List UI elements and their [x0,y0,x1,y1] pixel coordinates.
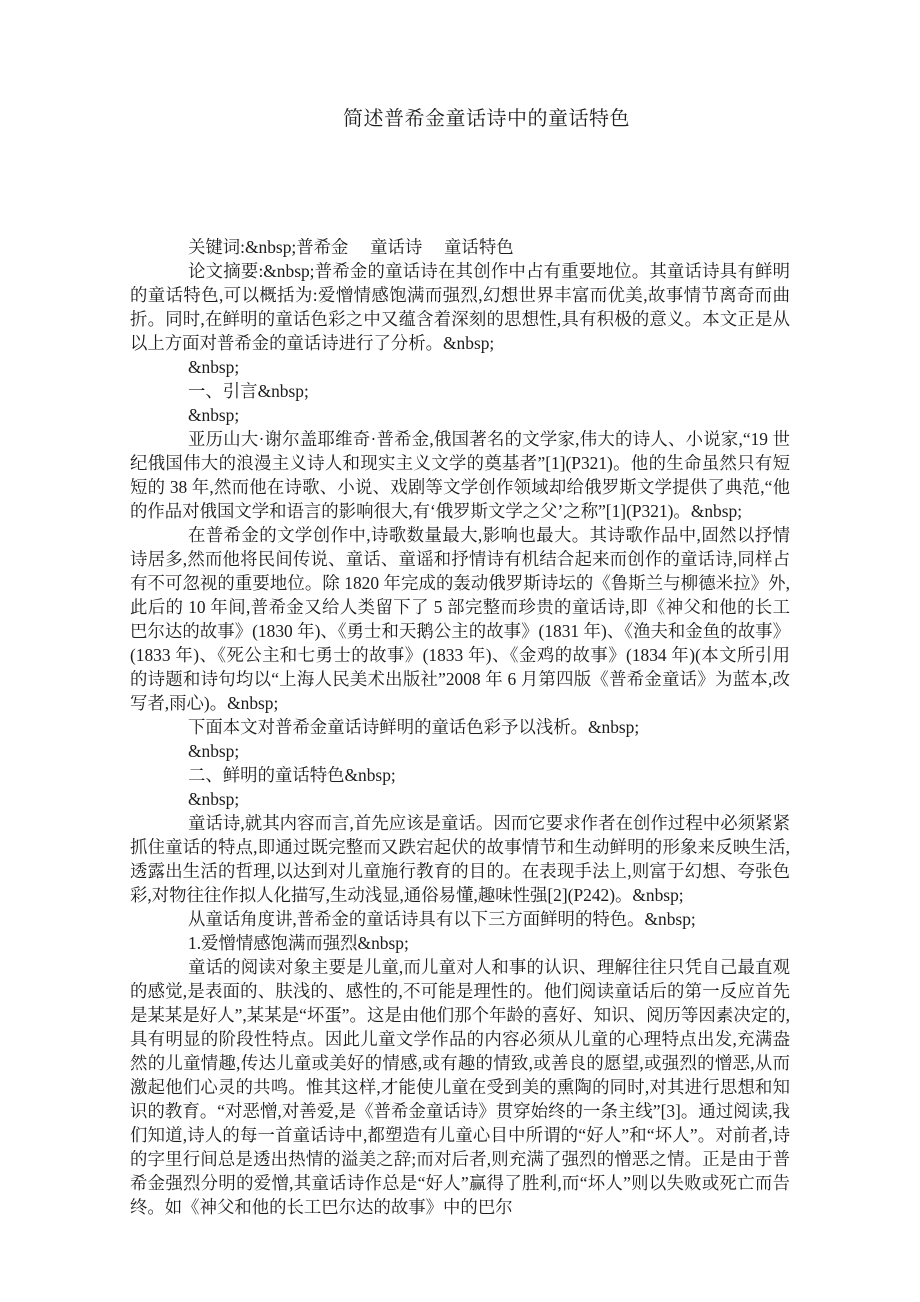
document-title: 简述普希金童话诗中的童话特色 [0,0,920,134]
paragraph-blank: &nbsp; [130,739,790,763]
paragraph-keywords: 关键词:&nbsp;普希金 童话诗 童话特色 [130,235,790,259]
document-body: 关键词:&nbsp;普希金 童话诗 童话特色论文摘要:&nbsp;普希金的童话诗… [130,235,790,1219]
paragraph-blank: &nbsp; [130,787,790,811]
paragraph-body: 在普希金的文学创作中,诗歌数量最大,影响也最大。其诗歌作品中,固然以抒情诗居多,… [130,523,790,715]
paragraph-subheading: 1.爱憎情感饱满而强烈&nbsp; [130,931,790,955]
paragraph-heading: 一、引言&nbsp; [130,379,790,403]
paragraph-body: 论文摘要:&nbsp;普希金的童话诗在其创作中占有重要地位。其童话诗具有鲜明的童… [130,259,790,355]
paragraph-body: 从童话角度讲,普希金的童话诗具有以下三方面鲜明的特色。&nbsp; [130,907,790,931]
paragraph-blank: &nbsp; [130,403,790,427]
paragraph-blank: &nbsp; [130,355,790,379]
paragraph-body: 童话诗,就其内容而言,首先应该是童话。因而它要求作者在创作过程中必须紧紧抓住童话… [130,811,790,907]
paragraph-body: 下面本文对普希金童话诗鲜明的童话色彩予以浅析。&nbsp; [130,715,790,739]
paragraph-body: 童话的阅读对象主要是儿童,而儿童对人和事的认识、理解往往只凭自己最直观的感觉,是… [130,955,790,1219]
document-page: 简述普希金童话诗中的童话特色 关键词:&nbsp;普希金 童话诗 童话特色论文摘… [0,0,920,1302]
paragraph-body: 亚历山大·谢尔盖耶维奇·普希金,俄国著名的文学家,伟大的诗人、小说家,“19 世… [130,427,790,523]
paragraph-heading: 二、鲜明的童话特色&nbsp; [130,763,790,787]
